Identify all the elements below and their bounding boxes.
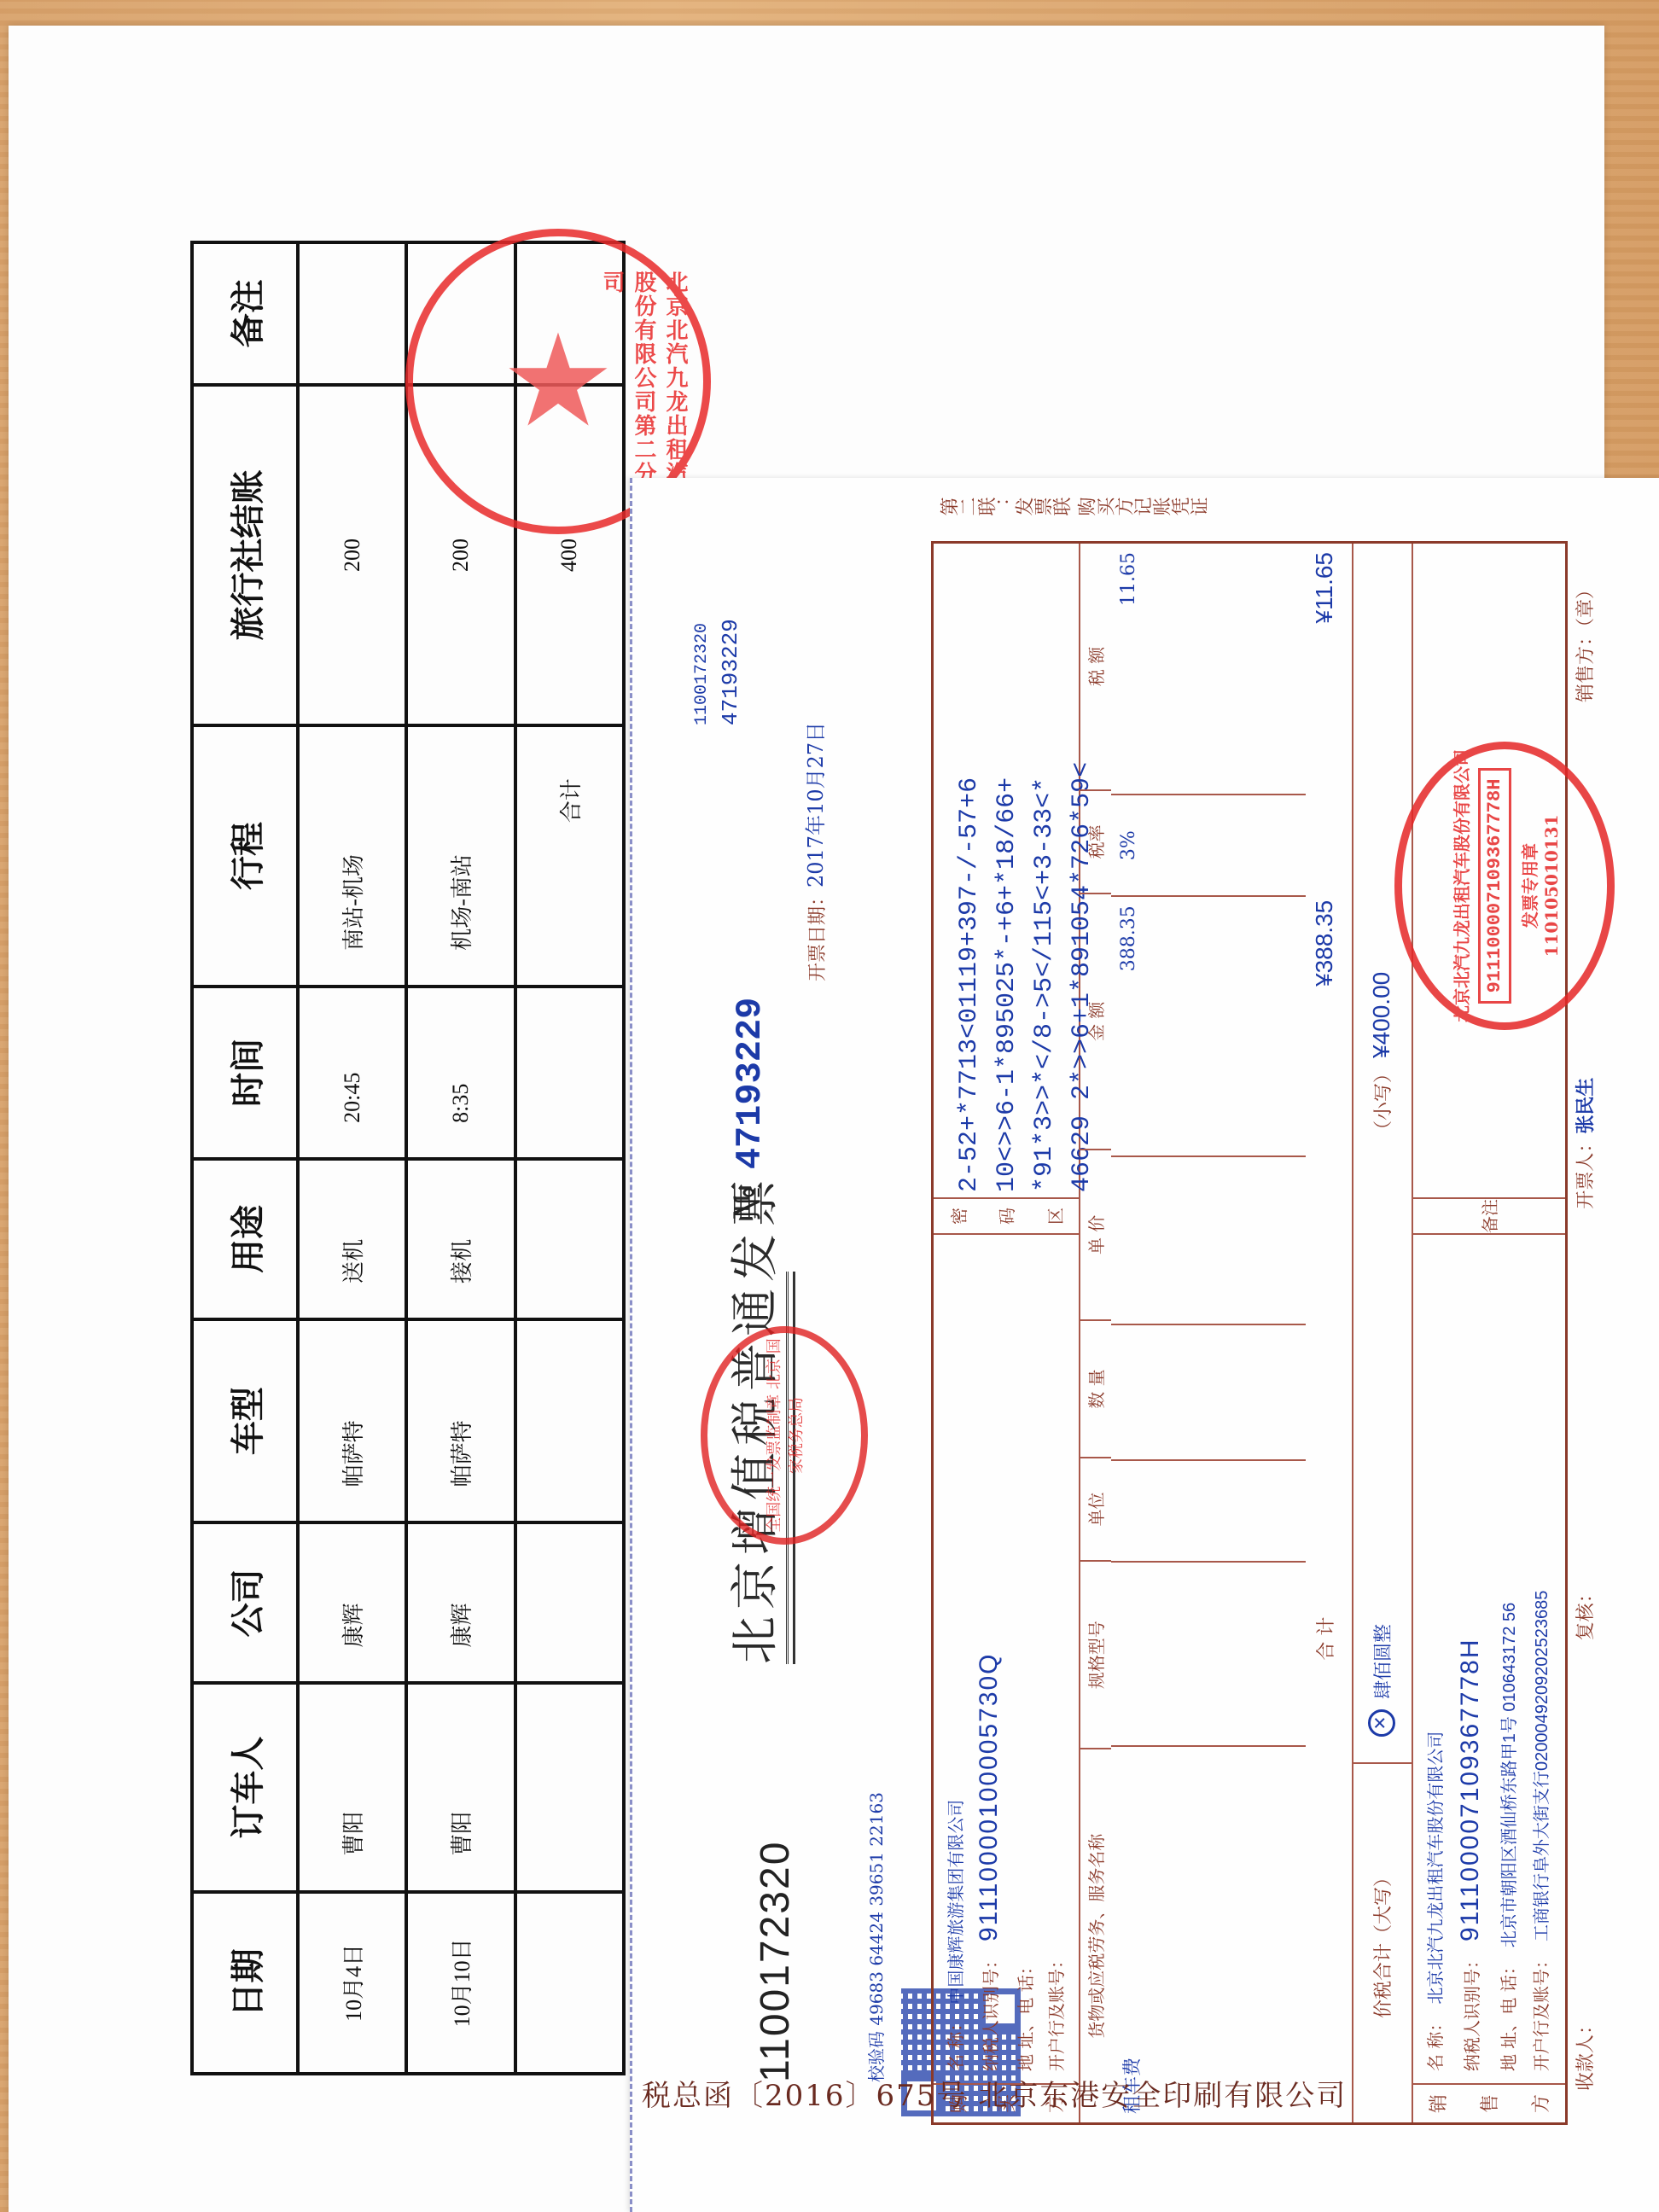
cross-circle-icon: ✕ — [1368, 1709, 1395, 1737]
buyer-tax-id: 纳税人识别号：91110000100005730Q — [975, 1652, 1004, 2071]
cell-company: 康辉 — [406, 1522, 515, 1683]
cell-purpose: 接机 — [406, 1159, 515, 1319]
total-label: 价税合计（大写） — [1352, 1762, 1412, 2122]
invoice-number: №47193229 — [726, 998, 771, 1220]
total-in-words: ✕ 肆佰圆整 — [1368, 1139, 1395, 1762]
cipher-area-label: 密 码 区 — [934, 1197, 1079, 1235]
col-purpose: 用途 — [192, 1159, 298, 1319]
payee: 收款人： — [1571, 2016, 1598, 2091]
items-header: 货物或应税劳务、服务名称 规格型号 单位 数 量 单 价 金 额 税率 税 额 — [1079, 544, 1111, 2122]
col-amount: 旅行社结账 — [192, 385, 298, 725]
printer-line: 税总函〔2016〕675号 北京东港安全印刷有限公司 — [642, 2072, 1347, 2114]
invoice-header: 1100172320 北京增值税普通发票 全国统一发票监制章 北京 国家税务总局… — [684, 529, 923, 2142]
invoice-small-number: 47193229 — [718, 619, 743, 725]
issue-date-label: 开票日期： — [803, 888, 829, 981]
item-row: 租车费 388.35 3% 11.65 — [1111, 544, 1299, 2122]
buyer-address: 地 址、电 话： — [1012, 1947, 1037, 2071]
invoice: 1100172320 北京增值税普通发票 全国统一发票监制章 北京 国家税务总局… — [684, 529, 1622, 2142]
invoice-footer: 收款人： 复核： 开票人：张民生 销售方：（章） — [1571, 546, 1598, 2125]
seller-tax-id: 纳税人识别号：911100007109367778H — [1456, 1638, 1485, 2071]
col-date: 日期 — [192, 1892, 298, 2074]
invoice-body: 购 买 方 名 称：中国康辉旅游集团有限公司 纳税人识别号：9111000010… — [931, 541, 1568, 2125]
cell-car-model: 帕萨特 — [406, 1319, 515, 1522]
cell-date: 10月4日 — [298, 1892, 406, 2074]
invoice-small-code: 1100172320 — [692, 623, 712, 725]
seller-seal-label: 销售方：（章） — [1571, 580, 1598, 702]
seller-bank: 开户行及账号：工商银行阜外大街支行0200049209202523685 — [1528, 1591, 1552, 2071]
col-booker: 订车人 — [192, 1683, 298, 1891]
cell-date: 10月10日 — [406, 1892, 515, 2074]
invoice-code: 1100172320 — [752, 1841, 799, 2082]
remark-label: 备注 — [1412, 1197, 1565, 1235]
cell-company: 康辉 — [298, 1522, 406, 1683]
seller-address: 地 址、电 话：北京市朝阳区酒仙桥东路甲1号 010643172 56 — [1495, 1603, 1520, 2071]
total-small: （小写） ¥400.00 — [1368, 972, 1395, 1139]
seller-label: 销 售 方 — [1412, 2083, 1565, 2122]
cell-booker: 曹阳 — [298, 1683, 406, 1891]
issuer: 开票人：张民生 — [1571, 1078, 1598, 1209]
tax-bureau-stamp: 全国统一发票监制章 北京 国家税务总局 — [701, 1326, 868, 1545]
copy-side-label: 第二联：发票联 购买方记账凭证 — [940, 495, 1208, 529]
cell-remark — [298, 242, 406, 385]
items-section: 货物或应税劳务、服务名称 规格型号 单位 数 量 单 价 金 额 税率 税 额 … — [1079, 544, 1353, 2122]
col-company: 公司 — [192, 1522, 298, 1683]
seller-name: 名 称：北京北汽九龙出租汽车股份有限公司 — [1422, 1732, 1447, 2071]
cell-time: 20:45 — [298, 987, 406, 1159]
cell-purpose: 送机 — [298, 1159, 406, 1319]
cell-route: 机场-南站 — [406, 725, 515, 987]
cell-amount: 200 — [298, 385, 406, 725]
check-code: 校验码 49683 64424 39651 22163 — [863, 1792, 888, 2082]
buyer-section: 购 买 方 名 称：中国康辉旅游集团有限公司 纳税人识别号：9111000010… — [934, 544, 1080, 2122]
cell-route: 南站-机场 — [298, 725, 406, 987]
total-label: 合计 — [515, 725, 624, 987]
reviewer: 复核： — [1571, 1584, 1598, 1640]
col-route: 行程 — [192, 725, 298, 987]
sum-row: 合 计 ¥388.35 ¥11.65 — [1299, 544, 1350, 2122]
buyer-bank: 开户行及账号： — [1043, 1941, 1068, 2071]
cell-booker: 曹阳 — [406, 1683, 515, 1891]
col-car-model: 车型 — [192, 1319, 298, 1522]
buyer-name: 名 称：中国康辉旅游集团有限公司 — [942, 1800, 967, 2071]
invoice-paper: 1100172320 北京增值税普通发票 全国统一发票监制章 北京 国家税务总局… — [630, 478, 1659, 2212]
total-section: 价税合计（大写） ✕ 肆佰圆整 （小写） ¥400.00 — [1352, 544, 1413, 2122]
issue-date: 2017年10月27日 — [799, 722, 829, 888]
cell-car-model: 帕萨特 — [298, 1319, 406, 1522]
col-time: 时间 — [192, 987, 298, 1159]
table-header-row: 日期 订车人 公司 车型 用途 时间 行程 旅行社结账 备注 — [192, 242, 298, 2074]
table-row: 10月4日 曹阳 康辉 帕萨特 送机 20:45 南站-机场 200 — [298, 242, 406, 2074]
cell-time: 8:35 — [406, 987, 515, 1159]
col-remark: 备注 — [192, 242, 298, 385]
